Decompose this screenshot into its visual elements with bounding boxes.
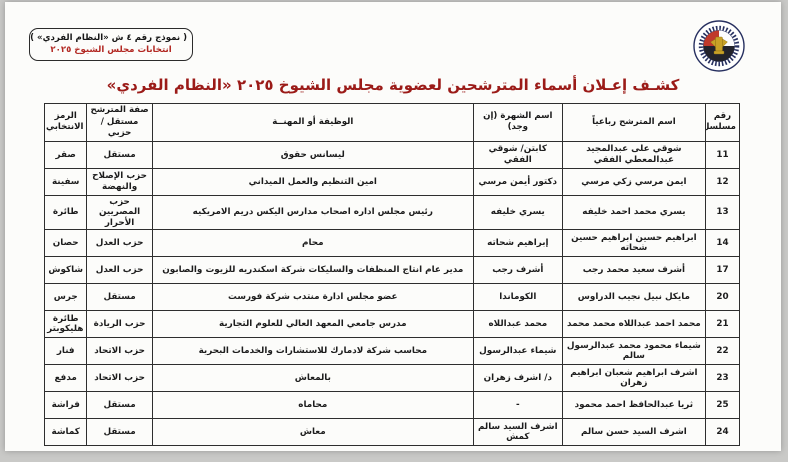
candidate-serial-number: 17 [705,257,739,284]
candidate-occupation: بالمعاش [152,365,473,392]
candidate-serial-number: 12 [705,168,739,195]
candidate-electoral-symbol: شاكوش [45,257,87,284]
candidate-occupation: محاماه [152,392,473,419]
candidate-serial-number: 22 [705,338,739,365]
candidate-party-status: حزب الريادة [87,311,152,338]
scanned-document-page: ( نموذج رقم ٤ ش «النظام الفردي» ) انتخاب… [5,2,781,451]
candidate-party-status: حزب المصريين الأحرار [87,195,152,230]
candidate-serial-number: 21 [705,311,739,338]
candidate-row: 11 شوقي على عبدالمجيد عبدالمعطي الفقي كا… [45,141,740,168]
candidate-row: 20 مايكل نبيل نجيب الدراوس الكوماندا عضو… [45,284,740,311]
form-number-box: ( نموذج رقم ٤ ش «النظام الفردي» ) انتخاب… [29,28,193,61]
candidate-full-name: ابراهيم حسين ابراهيم حسين شحاته [562,230,705,257]
candidate-known-as: إبراهيم شحاته [473,230,562,257]
candidate-row: 25 ثريا عبدالحافظ احمد محمود - محاماه مس… [45,392,740,419]
header-occupation: الوظيفة أو المهنــة [152,104,473,142]
candidate-occupation: رئيس مجلس اداره اصحاب مدارس اليكس دريم ا… [152,195,473,230]
header-serial-number: رقم مسلسل [705,104,739,142]
header-candidate-name: اسم المترشح رباعياً [562,104,705,142]
candidate-row: 24 اشرف السيد حسن سالم اشرف السيد سالم ك… [45,419,740,446]
candidate-electoral-symbol: طائرة هليكوبتر [45,311,87,338]
candidate-row: 21 محمد احمد عبداللاه محمد محمد محمد عبد… [45,311,740,338]
candidate-full-name: شوقي على عبدالمجيد عبدالمعطي الفقي [562,141,705,168]
candidate-full-name: اشرف السيد حسن سالم [562,419,705,446]
candidate-occupation: عضو مجلس ادارة منتدب شركة فورست [152,284,473,311]
candidate-serial-number: 11 [705,141,739,168]
candidate-occupation: مدرس جامعي المعهد العالي للعلوم التجارية [152,311,473,338]
candidate-electoral-symbol: كماشة [45,419,87,446]
candidate-electoral-symbol: سفينة [45,168,87,195]
candidate-party-status: حزب الإصلاح والنهضة [87,168,152,195]
candidate-occupation: معاش [152,419,473,446]
candidate-serial-number: 20 [705,284,739,311]
candidate-known-as: دكتور أيمن مرسي [473,168,562,195]
candidate-known-as: الكوماندا [473,284,562,311]
candidate-party-status: حزب العدل [87,230,152,257]
candidate-known-as: محمد عبداللاه [473,311,562,338]
candidate-electoral-symbol: فراشة [45,392,87,419]
candidate-row: 17 أشرف سعيد محمد رجب أشرف رجب مدير عام … [45,257,740,284]
candidate-occupation: محام [152,230,473,257]
candidate-electoral-symbol: حصان [45,230,87,257]
candidate-party-status: مستقل [87,141,152,168]
candidate-full-name: ايمن مرسي زكي مرسي [562,168,705,195]
candidate-electoral-symbol: جرس [45,284,87,311]
candidate-serial-number: 13 [705,195,739,230]
candidate-full-name: شيماء محمود محمد عبدالرسول سالم [562,338,705,365]
candidate-party-status: حزب الاتحاد [87,365,152,392]
candidate-known-as: أشرف رجب [473,257,562,284]
candidate-electoral-symbol: صقر [45,141,87,168]
page-title: كشـف إعـلان أسماء المترشحين لعضوية مجلس … [5,76,781,94]
candidate-occupation: مدير عام انتاج المنظفات والسليكات شركة ا… [152,257,473,284]
candidate-full-name: مايكل نبيل نجيب الدراوس [562,284,705,311]
candidate-electoral-symbol: فنار [45,338,87,365]
candidate-serial-number: 24 [705,419,739,446]
form-number-line: ( نموذج رقم ٤ ش «النظام الفردي» ) [35,32,187,44]
candidate-full-name: ثريا عبدالحافظ احمد محمود [562,392,705,419]
candidate-party-status: مستقل [87,419,152,446]
candidate-party-status: حزب العدل [87,257,152,284]
candidate-known-as: يسري خليفه [473,195,562,230]
candidates-tbody: 11 شوقي على عبدالمجيد عبدالمعطي الفقي كا… [45,141,740,446]
candidate-full-name: أشرف سعيد محمد رجب [562,257,705,284]
candidate-row: 12 ايمن مرسي زكي مرسي دكتور أيمن مرسي ام… [45,168,740,195]
table-header-row: رقم مسلسل اسم المترشح رباعياً اسم الشهرة… [45,104,740,142]
candidate-known-as: د/ اشرف زهران [473,365,562,392]
candidate-known-as: اشرف السيد سالم كمش [473,419,562,446]
candidate-full-name: محمد احمد عبداللاه محمد محمد [562,311,705,338]
candidate-row: 23 اشرف ابراهيم شعبان ابراهيم زهران د/ ا… [45,365,740,392]
candidate-occupation: امين التنظيم والعمل الميداني [152,168,473,195]
header-party-status: صفة المترشح مستقل / حزبي [87,104,152,142]
header-known-as: اسم الشهرة (إن وجد) [473,104,562,142]
candidate-electoral-symbol: طائرة [45,195,87,230]
candidates-table: رقم مسلسل اسم المترشح رباعياً اسم الشهرة… [44,103,740,446]
election-name-line: انتخابات مجلس الشيوخ ٢٠٢٥ [35,44,187,56]
candidate-row: 13 يسري محمد احمد خليفه يسري خليفه رئيس … [45,195,740,230]
candidate-full-name: اشرف ابراهيم شعبان ابراهيم زهران [562,365,705,392]
candidate-party-status: مستقل [87,392,152,419]
candidate-known-as: شيماء عبدالرسول [473,338,562,365]
candidate-row: 14 ابراهيم حسين ابراهيم حسين شحاته إبراه… [45,230,740,257]
candidate-party-status: حزب الاتحاد [87,338,152,365]
candidate-serial-number: 14 [705,230,739,257]
candidate-occupation: محاسب شركة لادمارك للاستشارات والخدمات ا… [152,338,473,365]
candidate-occupation: ليسانس حقوق [152,141,473,168]
candidate-serial-number: 25 [705,392,739,419]
candidate-row: 22 شيماء محمود محمد عبدالرسول سالم شيماء… [45,338,740,365]
candidate-full-name: يسري محمد احمد خليفه [562,195,705,230]
header-electoral-symbol: الرمز الانتخابي [45,104,87,142]
candidate-known-as: - [473,392,562,419]
candidate-known-as: كابتن/ شوقي الفقي [473,141,562,168]
national-elections-authority-logo-icon [693,20,745,72]
candidate-serial-number: 23 [705,365,739,392]
candidate-party-status: مستقل [87,284,152,311]
candidate-electoral-symbol: مدفع [45,365,87,392]
